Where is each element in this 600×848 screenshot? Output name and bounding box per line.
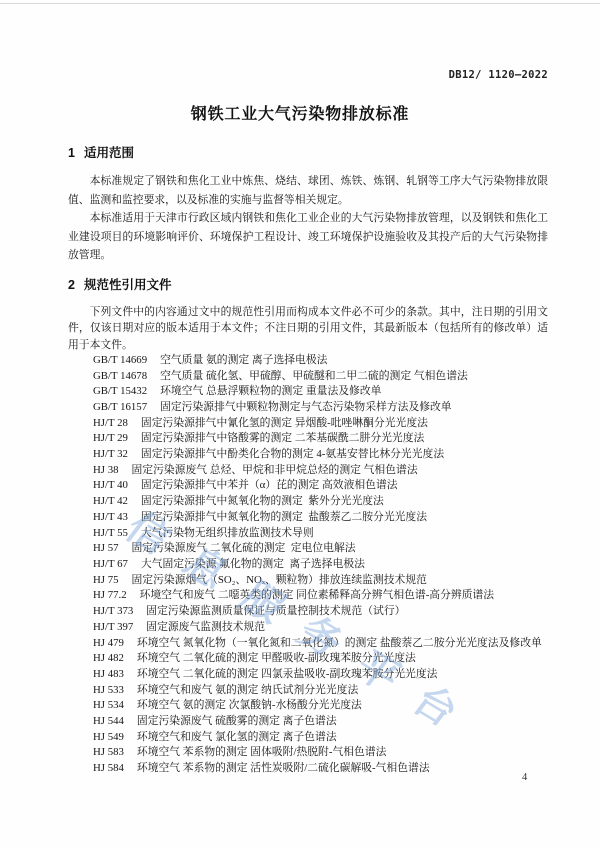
reference-title: 固定污染源排气中氰化氢的测定 异烟酸-吡唑啉酮分光光度法 bbox=[141, 417, 428, 429]
section-2-heading: 2规范性引用文件 bbox=[68, 278, 548, 292]
reference-item: HJ/T 55大气污染物无组织排放监测技术导则 bbox=[93, 526, 548, 542]
reference-title: 大气固定污染源 氟化物的测定 离子选择电极法 bbox=[141, 558, 365, 570]
reference-code: HJ/T 55 bbox=[93, 526, 128, 542]
reference-code: HJ 77.2 bbox=[93, 588, 127, 604]
reference-item: HJ/T 42固定污染源排气中氮氧化物的测定 紫外分光光度法 bbox=[93, 494, 548, 510]
document-body: 1适用范围 本标准规定了钢铁和焦化工业中炼焦、烧结、球团、炼铁、炼钢、轧钢等工序… bbox=[68, 146, 548, 777]
reference-code: HJ 584 bbox=[93, 761, 124, 777]
reference-code: HJ 533 bbox=[93, 683, 124, 699]
reference-title: 固定源废气监测技术规范 bbox=[146, 621, 265, 633]
reference-item: HJ 75固定污染源烟气（SO₂、NOₓ、颗粒物）排放连续监测技术规范 bbox=[93, 573, 548, 589]
reference-code: HJ 57 bbox=[93, 541, 119, 557]
reference-code: HJ 483 bbox=[93, 667, 124, 683]
reference-item: HJ/T 43固定污染源排气中氮氧化物的测定 盐酸萘乙二胺分光光度法 bbox=[93, 510, 548, 526]
reference-code: HJ 549 bbox=[93, 730, 124, 746]
reference-code: HJ/T 373 bbox=[93, 604, 133, 620]
reference-code: HJ/T 29 bbox=[93, 431, 128, 447]
reference-title: 大气污染物无组织排放监测技术导则 bbox=[141, 527, 314, 539]
reference-item: HJ/T 29固定污染源排气中铬酸雾的测定 二苯基碳酰二肼分光光度法 bbox=[93, 431, 548, 447]
reference-title: 固定污染源排气中酚类化合物的测定 4-氨基安替比林分光光度法 bbox=[141, 448, 444, 460]
section-1-paragraph-1: 本标准规定了钢铁和焦化工业中炼焦、烧结、球团、炼铁、炼钢、轧钢等工序大气污染物排… bbox=[68, 172, 548, 209]
reference-title: 环境空气 氨的测定 次氯酸钠-水杨酸分光光度法 bbox=[137, 699, 362, 711]
page-top-rule bbox=[0, 3, 600, 4]
reference-title: 固定污染源排气中苯并（α）芘的测定 高效液相色谱法 bbox=[141, 479, 398, 491]
reference-title: 环境空气 苯系物的测定 固体吸附/热脱附-气相色谱法 bbox=[137, 746, 387, 758]
section-2-number: 2 bbox=[68, 278, 75, 292]
reference-item: HJ 549环境空气和废气 氯化氢的测定 离子色谱法 bbox=[93, 730, 548, 746]
reference-title: 环境空气和废气 氯化氢的测定 离子色谱法 bbox=[137, 731, 337, 743]
reference-code: HJ 534 bbox=[93, 698, 124, 714]
reference-title: 环境空气 苯系物的测定 活性炭吸附/二硫化碳解吸-气相色谱法 bbox=[137, 762, 430, 774]
reference-item: HJ 583环境空气 苯系物的测定 固体吸附/热脱附-气相色谱法 bbox=[93, 745, 548, 761]
section-2-title: 规范性引用文件 bbox=[84, 278, 172, 292]
reference-title: 固定污染源烟气（SO₂、NOₓ、颗粒物）排放连续监测技术规范 bbox=[132, 574, 427, 586]
reference-item: HJ 483环境空气 二氧化硫的测定 四氯汞盐吸收-副玫瑰苯胺分光光度法 bbox=[93, 667, 548, 683]
section-2-intro-paragraph: 下列文件中的内容通过文中的规范性引用而构成本文件必不可少的条款。其中，注日期的引… bbox=[68, 304, 548, 353]
reference-title: 固定污染源废气 硫酸雾的测定 离子色谱法 bbox=[137, 715, 337, 727]
reference-title: 固定污染源废气 总烃、甲烷和非甲烷总烃的测定 气相色谱法 bbox=[132, 464, 418, 476]
reference-code: HJ/T 42 bbox=[93, 494, 128, 510]
section-1-paragraph-2: 本标准适用于天津市行政区域内钢铁和焦化工业企业的大气污染物排放管理，以及钢铁和焦… bbox=[68, 209, 548, 265]
reference-title: 固定污染源监测质量保证与质量控制技术规范（试行） bbox=[146, 605, 405, 617]
reference-item: HJ 584环境空气 苯系物的测定 活性炭吸附/二硫化碳解吸-气相色谱法 bbox=[93, 761, 548, 777]
reference-code: HJ 583 bbox=[93, 745, 124, 761]
reference-item: HJ 533环境空气和废气 氨的测定 纳氏试剂分光光度法 bbox=[93, 683, 548, 699]
page-number: 4 bbox=[522, 772, 527, 783]
reference-title: 环境空气和废气 氨的测定 纳氏试剂分光光度法 bbox=[137, 684, 358, 696]
reference-item: HJ 482环境空气 二氧化硫的测定 甲醛吸收-副玫瑰苯胺分光光度法 bbox=[93, 651, 548, 667]
reference-code: HJ/T 67 bbox=[93, 557, 128, 573]
reference-item: HJ 534环境空气 氨的测定 次氯酸钠-水杨酸分光光度法 bbox=[93, 698, 548, 714]
reference-title: 固定污染源排气中氮氧化物的测定 紫外分光光度法 bbox=[141, 495, 384, 507]
reference-item: GB/T 15432环境空气 总悬浮颗粒物的测定 重量法及修改单 bbox=[93, 384, 548, 400]
reference-title: 环境空气和废气 二噁英类的测定 同位素稀释高分辨气相色谱-高分辨质谱法 bbox=[140, 589, 495, 601]
section-1-heading: 1适用范围 bbox=[68, 146, 548, 160]
reference-code: HJ/T 43 bbox=[93, 510, 128, 526]
reference-item: HJ 57固定污染源废气 二氧化硫的测定 定电位电解法 bbox=[93, 541, 548, 557]
reference-code: HJ/T 32 bbox=[93, 447, 128, 463]
reference-title: 空气质量 硫化氢、甲硫醇、甲硫醚和二甲二硫的测定 气相色谱法 bbox=[160, 370, 468, 382]
section-1-title: 适用范围 bbox=[84, 146, 134, 160]
reference-code: HJ/T 40 bbox=[93, 478, 128, 494]
reference-code: GB/T 15432 bbox=[93, 384, 147, 400]
reference-item: HJ 77.2环境空气和废气 二噁英类的测定 同位素稀释高分辨气相色谱-高分辨质… bbox=[93, 588, 548, 604]
reference-item: HJ/T 40固定污染源排气中苯并（α）芘的测定 高效液相色谱法 bbox=[93, 478, 548, 494]
section-1-number: 1 bbox=[68, 146, 75, 160]
reference-item: HJ/T 67大气固定污染源 氟化物的测定 离子选择电极法 bbox=[93, 557, 548, 573]
reference-title: 环境空气 二氧化硫的测定 甲醛吸收-副玫瑰苯胺分光光度法 bbox=[137, 652, 416, 664]
reference-code: HJ/T 397 bbox=[93, 620, 133, 636]
page-title: 钢铁工业大气污染物排放标准 bbox=[0, 101, 600, 124]
reference-code: HJ 479 bbox=[93, 636, 124, 652]
reference-code: HJ 38 bbox=[93, 463, 119, 479]
document-number: DB12/ 1120—2022 bbox=[449, 69, 548, 81]
reference-title: 环境空气 氮氧化物（一氧化氮和二氧化氮）的测定 盐酸萘乙二胺分光光度法及修改单 bbox=[137, 637, 542, 649]
reference-code: HJ 482 bbox=[93, 651, 124, 667]
reference-code: HJ 544 bbox=[93, 714, 124, 730]
reference-item: HJ 38固定污染源废气 总烃、甲烷和非甲烷总烃的测定 气相色谱法 bbox=[93, 463, 548, 479]
reference-item: GB/T 14678空气质量 硫化氢、甲硫醇、甲硫醚和二甲二硫的测定 气相色谱法 bbox=[93, 369, 548, 385]
reference-code: HJ/T 28 bbox=[93, 416, 128, 432]
reference-title: 固定污染源排气中氮氧化物的测定 盐酸萘乙二胺分光光度法 bbox=[141, 511, 427, 523]
reference-item: HJ 479环境空气 氮氧化物（一氧化氮和二氧化氮）的测定 盐酸萘乙二胺分光光度… bbox=[93, 636, 548, 652]
reference-code: GB/T 14678 bbox=[93, 369, 147, 385]
reference-item: GB/T 16157固定污染源排气中颗粒物测定与气态污染物采样方法及修改单 bbox=[93, 400, 548, 416]
reference-list: GB/T 14669空气质量 氨的测定 离子选择电极法 GB/T 14678空气… bbox=[68, 353, 548, 777]
reference-item: HJ/T 397固定源废气监测技术规范 bbox=[93, 620, 548, 636]
reference-item: HJ/T 28固定污染源排气中氰化氢的测定 异烟酸-吡唑啉酮分光光度法 bbox=[93, 416, 548, 432]
reference-code: GB/T 16157 bbox=[93, 400, 147, 416]
reference-title: 固定污染源排气中颗粒物测定与气态污染物采样方法及修改单 bbox=[160, 401, 452, 413]
reference-title: 环境空气 总悬浮颗粒物的测定 重量法及修改单 bbox=[160, 385, 381, 397]
reference-title: 空气质量 氨的测定 离子选择电极法 bbox=[160, 354, 327, 366]
reference-item: HJ 544固定污染源废气 硫酸雾的测定 离子色谱法 bbox=[93, 714, 548, 730]
reference-title: 固定污染源排气中铬酸雾的测定 二苯基碳酰二肼分光光度法 bbox=[141, 432, 424, 444]
reference-item: HJ/T 373固定污染源监测质量保证与质量控制技术规范（试行） bbox=[93, 604, 548, 620]
reference-item: HJ/T 32固定污染源排气中酚类化合物的测定 4-氨基安替比林分光光度法 bbox=[93, 447, 548, 463]
reference-title: 环境空气 二氧化硫的测定 四氯汞盐吸收-副玫瑰苯胺分光光度法 bbox=[137, 668, 438, 680]
reference-item: GB/T 14669空气质量 氨的测定 离子选择电极法 bbox=[93, 353, 548, 369]
reference-title: 固定污染源废气 二氧化硫的测定 定电位电解法 bbox=[132, 542, 356, 554]
reference-code: HJ 75 bbox=[93, 573, 119, 589]
reference-code: GB/T 14669 bbox=[93, 353, 147, 369]
